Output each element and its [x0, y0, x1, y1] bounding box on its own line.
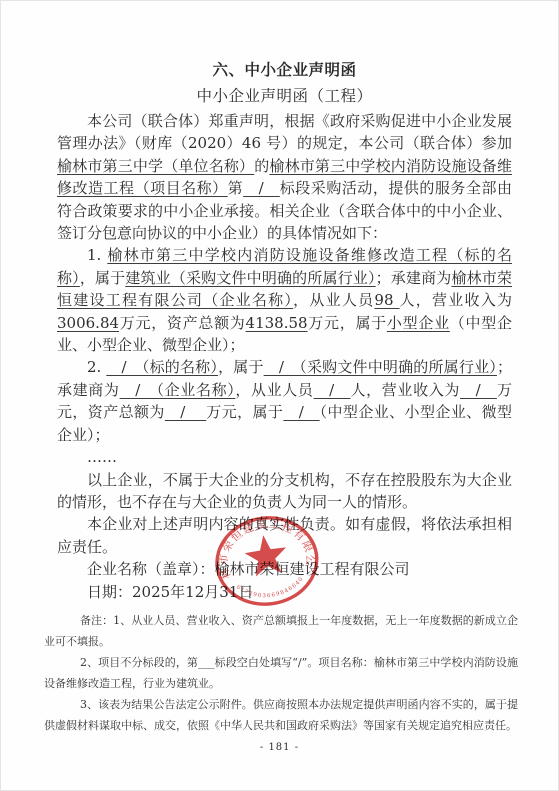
- text-run: ，属于: [218, 358, 264, 376]
- blank-filled-value: 建筑业（采购文件中明确的所属行业）: [125, 269, 375, 287]
- blank-filled-value: / （采购文件中明确的所属行业）: [264, 358, 497, 376]
- para-no-affiliation: 以上企业，不属于大企业的分支机构，不存在控股股东为大企业的情形，也不存在与大企业…: [57, 469, 512, 514]
- document-body: 本公司（联合体）郑重声明，根据《政府采购促进中小企业发展管理办法》（财库（202…: [57, 110, 512, 603]
- text-run: 第: [228, 179, 244, 197]
- blank-filled-value: /: [283, 403, 319, 421]
- blank-filled-value: / （标的名称）: [106, 358, 218, 376]
- para-item-2: 2. / （标的名称），属于 / （采购文件中明确的所属行业）；承建商为 / （…: [57, 356, 512, 446]
- document-content: 六、中小企业声明函 中小企业声明函（工程） 本公司（联合体）郑重声明，根据《政府…: [57, 58, 512, 736]
- text-run: ……: [87, 448, 117, 466]
- text-run: 万元，属于: [206, 403, 283, 421]
- text-run: ，从业人员: [293, 291, 374, 309]
- blank-filled-value: 98: [374, 291, 399, 309]
- para-ellipsis: ……: [57, 446, 512, 468]
- section-title: 六、中小企业声明函: [57, 58, 512, 82]
- text-run: 以上企业，不属于大企业的分支机构，不存在控股股东为大企业的情形，也不存在与大企业…: [57, 471, 512, 511]
- blank-filled-value: 3006.84: [57, 314, 119, 332]
- blank-filled-value: 小型企业: [387, 314, 450, 332]
- blank-filled-value: /: [314, 381, 351, 399]
- text-run: ，属于: [80, 269, 126, 287]
- text-run: 1.: [87, 246, 107, 264]
- blank-filled-value: /: [243, 179, 280, 197]
- text-run: 人，营业收入为: [351, 381, 460, 399]
- text-run: 万元，资产总额为: [119, 314, 246, 332]
- text-run: ，从业人员: [235, 381, 313, 399]
- para-date: 日期：2025年12月31日: [57, 581, 512, 603]
- para-item-1: 1. 榆林市第三中学校内消防设施设备维修改造工程（标的名称），属于建筑业（采购文…: [57, 244, 512, 356]
- text-run: 本企业对上述声明内容的真实性负责。如有虚假，将依法承担相应责任。: [57, 515, 512, 555]
- text-run: 人，营业收入为: [400, 291, 512, 309]
- note-3: 3、该表为结果公告法定公示附件。供应商按照本办法规定提供声明函内容不实的，属于提…: [44, 694, 518, 736]
- blank-filled-value: /: [165, 403, 206, 421]
- para-company-name: 企业名称（盖章）：榆林市荣恒建设工程有限公司: [57, 558, 512, 580]
- note-2: 2、项目不分标段的，第___标段空白处填写“/”。项目名称：榆林市第三中学校内消…: [44, 652, 518, 694]
- text-run: 万元，属于: [308, 314, 387, 332]
- text-run: 2.: [87, 358, 106, 376]
- text-run: 日期：2025年12月31日: [87, 583, 253, 601]
- text-run: 的: [254, 157, 269, 175]
- text-run: ；承建商为: [376, 269, 452, 287]
- para-responsibility: 本企业对上述声明内容的真实性负责。如有虚假，将依法承担相应责任。: [57, 513, 512, 558]
- para-intro: 本公司（联合体）郑重声明，根据《政府采购促进中小企业发展管理办法》（财库（202…: [57, 110, 512, 244]
- page-number: - 181 -: [0, 742, 559, 753]
- blank-filled-value: 4138.58: [246, 314, 308, 332]
- text-run: 企业名称（盖章）：榆林市荣恒建设工程有限公司: [87, 560, 410, 578]
- text-run: 本公司（联合体）郑重声明，根据《政府采购促进中小企业发展管理办法》（财库（202…: [57, 112, 512, 152]
- document-title: 中小企业声明函（工程）: [57, 84, 512, 108]
- document-page: 六、中小企业声明函 中小企业声明函（工程） 本公司（联合体）郑重声明，根据《政府…: [0, 0, 559, 791]
- blank-filled-value: /: [460, 381, 497, 399]
- notes-section: 备注：1、从业人员、营业收入、资产总额填报上一年度数据，无上一年度数据的新成立企…: [44, 610, 518, 736]
- blank-filled-value: / （企业名称）: [120, 381, 236, 399]
- blank-filled-value: 榆林市第三中学（单位名称）: [57, 157, 254, 175]
- note-1: 备注：1、从业人员、营业收入、资产总额填报上一年度数据，无上一年度数据的新成立企…: [44, 610, 518, 652]
